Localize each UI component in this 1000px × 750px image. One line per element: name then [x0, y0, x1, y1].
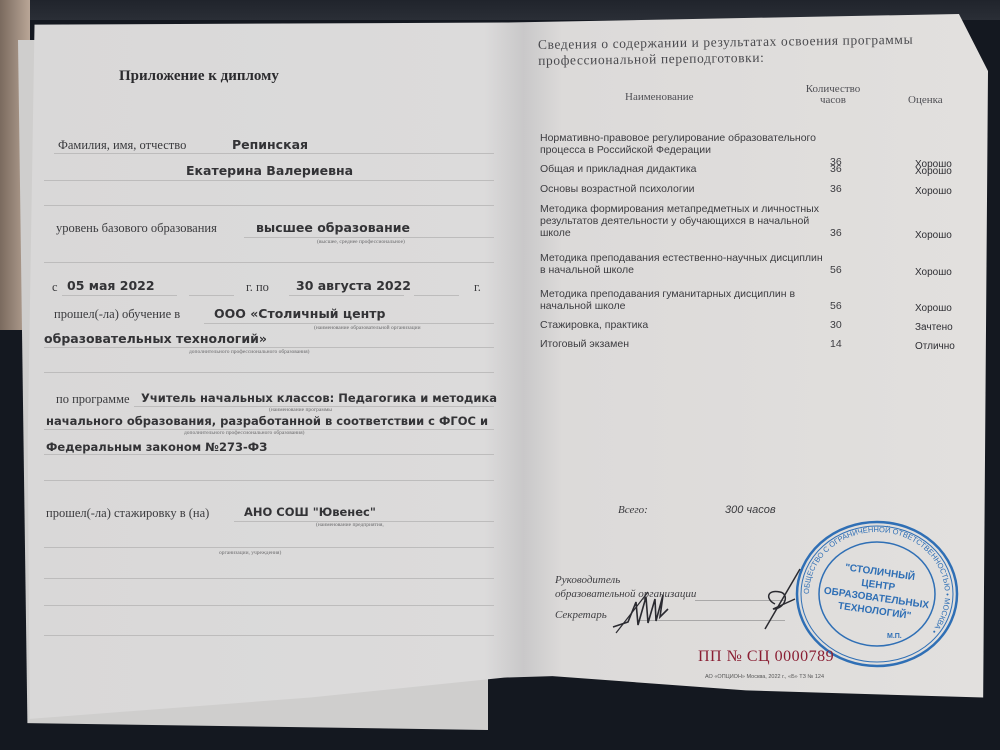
field-line — [54, 153, 494, 154]
course-grade: Зачтено — [915, 322, 953, 333]
course-name: Методика преподавания гуманитарных дисци… — [540, 288, 825, 312]
course-hours: 56 — [830, 300, 842, 312]
field-line — [44, 262, 494, 263]
course-grade: Хорошо — [915, 230, 952, 241]
course-name: Стажировка, практика — [540, 319, 825, 331]
period-from-prefix: с — [52, 280, 58, 295]
secretary-label: Секретарь — [555, 609, 607, 621]
base-education-label: уровень базового образования — [56, 221, 217, 236]
program-caption2: дополнительного профессионального образо… — [184, 430, 304, 436]
program-label: по программе — [56, 392, 130, 407]
course-grade: Хорошо — [915, 303, 952, 314]
column-header-name: Наименование — [625, 92, 694, 103]
right-page: Сведения о содержании и результатах осво… — [530, 22, 970, 702]
field-line — [44, 454, 494, 455]
organization-caption2: дополнительного профессионального образо… — [189, 349, 309, 355]
full-name-label: Фамилия, имя, отчество — [58, 138, 186, 153]
base-education-value: высшее образование — [256, 220, 410, 235]
secretary-signature-icon — [608, 587, 678, 637]
page-title: Приложение к диплому — [119, 68, 279, 85]
field-line — [44, 547, 494, 548]
program-line2: начального образования, разработанной в … — [46, 414, 488, 428]
course-name: Нормативно-правовое регулирование образо… — [540, 132, 825, 156]
total-hours-value: 300 часов — [725, 504, 776, 516]
course-hours: 30 — [830, 319, 842, 331]
field-line — [44, 605, 494, 606]
course-hours: 36 — [830, 183, 842, 195]
internship-caption2: организации, учреждения) — [219, 550, 281, 556]
course-hours: 36 — [830, 163, 842, 175]
program-caption1: (наименование программы — [269, 407, 332, 413]
organization-caption1: (наименование образовательной организаци… — [314, 325, 421, 331]
internship-caption1: (наименование предприятия, — [316, 522, 384, 528]
field-line — [44, 372, 494, 373]
course-hours: 14 — [830, 338, 842, 350]
column-header-grade: Оценка — [908, 95, 943, 106]
field-line — [44, 480, 494, 481]
internship-label: прошел(-ла) стажировку в (на) — [46, 506, 209, 521]
internship-value: АНО СОШ "Ювенес" — [244, 505, 376, 519]
field-line — [44, 347, 494, 348]
field-line — [204, 323, 494, 324]
field-line — [244, 237, 494, 238]
printer-info: АО «ОПЦИОН» Москва, 2022 г., «Б» ТЗ № 12… — [705, 674, 824, 680]
period-to-date: 30 августа 2022 — [296, 278, 411, 293]
course-name: Основы возрастной психологии — [540, 183, 825, 195]
course-grade: Отлично — [915, 341, 955, 352]
course-name: Методика преподавания естественно-научны… — [540, 252, 825, 276]
column-header-hours: Количество часов — [798, 84, 868, 106]
program-line3: Федеральным законом №273-ФЗ — [46, 440, 267, 454]
period-to-prefix: г. по — [246, 280, 269, 295]
base-education-caption: (высшее, среднее профессиональное) — [317, 239, 405, 245]
organization-line1: ООО «Столичный центр — [214, 306, 385, 321]
field-line — [189, 295, 234, 296]
last-name-value: Репинская — [232, 137, 308, 152]
studied-at-label: прошел(-ла) обучение в — [54, 307, 180, 322]
total-label: Всего: — [618, 504, 648, 516]
organization-line2: образовательных технологий» — [44, 331, 267, 346]
field-line — [62, 295, 177, 296]
course-grade: Хорошо — [915, 166, 952, 177]
head-label-line1: Руководитель — [555, 574, 620, 586]
period-year-suffix: г. — [474, 280, 481, 295]
course-grade: Хорошо — [915, 267, 952, 278]
program-line1: Учитель начальных классов: Педагогика и … — [141, 391, 497, 405]
period-from-date: 05 мая 2022 — [67, 278, 155, 293]
course-hours: 56 — [830, 264, 842, 276]
first-middle-name-value: Екатерина Валериевна — [186, 163, 353, 178]
field-line — [414, 295, 459, 296]
course-grade: Хорошо — [915, 186, 952, 197]
field-line — [44, 205, 494, 206]
field-line — [44, 180, 494, 181]
organization-stamp-icon: ОБЩЕСТВО С ОГРАНИЧЕННОЙ ОТВЕТСТВЕННОСТЬЮ… — [792, 520, 962, 668]
course-hours: 36 — [830, 227, 842, 239]
results-heading: Сведения о содержании и результатах осво… — [538, 31, 968, 69]
serial-number: ПП № СЦ 0000789 — [698, 648, 834, 666]
course-name: Общая и прикладная дидактика — [540, 163, 825, 175]
field-line — [44, 635, 494, 636]
field-line — [289, 295, 404, 296]
left-page: Приложение к диплому Фамилия, имя, отчес… — [34, 40, 504, 680]
course-name: Методика формирования метапредметных и л… — [540, 203, 825, 239]
course-name: Итоговый экзамен — [540, 338, 825, 350]
svg-text:М.П.: М.П. — [887, 633, 902, 640]
field-line — [44, 578, 494, 579]
